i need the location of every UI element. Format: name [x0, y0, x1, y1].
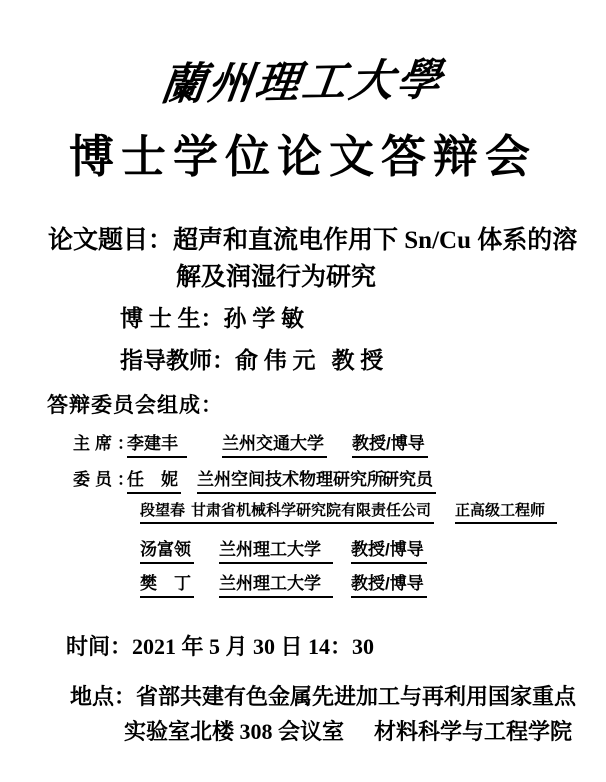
- event-title: 博士学位论文答辩会: [0, 120, 606, 185]
- student-label: 博 士 生：: [120, 306, 224, 331]
- time-value: 2021 年 5 月 30 日 14：30: [132, 634, 374, 659]
- committee-row-member: 汤富领 兰州理工大学 教授/博导: [0, 535, 606, 563]
- place-label: 地点：: [70, 684, 136, 709]
- advisor-line: 指导教师：俞 伟 元教 授: [120, 342, 383, 375]
- committee-row-member: 樊 丁 兰州理工大学 教授/博导: [0, 569, 606, 597]
- committee-member-affiliation: 兰州理工大学: [219, 535, 333, 564]
- committee-member-affiliation: 兰州交通大学: [222, 429, 327, 458]
- committee-row-member: 段望春 甘肃省机械科学研究院有限责任公司 正高级工程师: [0, 499, 606, 527]
- university-logo: 蘭州理工大學: [0, 46, 606, 110]
- defense-announcement-page: 蘭州理工大學 博士学位论文答辩会 论文题目：超声和直流电作用下 Sn/Cu 体系…: [0, 0, 606, 782]
- time-line: 时间：2021 年 5 月 30 日 14：30: [66, 630, 374, 661]
- place-line1: 地点：省部共建有色金属先进加工与再利用国家重点: [70, 680, 576, 711]
- advisor-title: 教 授: [332, 348, 384, 373]
- place-line2: 实验室北楼 308 会议室材料科学与工程学院: [124, 715, 572, 746]
- advisor-label: 指导教师：: [120, 348, 235, 373]
- thesis-title-text: 超声和直流电作用下 Sn/Cu 体系的溶: [173, 227, 577, 254]
- committee-member-affiliation: 甘肃省机械科学研究院有限责任公司: [191, 499, 434, 524]
- committee-member-title: 教授/博导: [351, 535, 427, 564]
- committee-member-title: 教授/博导: [352, 429, 428, 458]
- committee-member-name: 任 妮: [127, 465, 181, 494]
- committee-member-name: 段望春: [140, 499, 192, 524]
- committee-member-name: 樊 丁: [140, 569, 194, 598]
- advisor-name: 俞 伟 元: [235, 348, 316, 373]
- committee-member-title: 教授/博导: [351, 569, 427, 598]
- student-line: 博 士 生：孙 学 敏: [120, 300, 304, 333]
- committee-member-name: 汤富领: [140, 535, 194, 564]
- host-department: 材料科学与工程学院: [374, 719, 572, 744]
- committee-heading: 答辩委员会组成：: [47, 389, 223, 419]
- committee-row-chair: 主席： 李建丰 兰州交通大学 教授/博导: [0, 429, 606, 457]
- committee-member-affiliation: 兰州空间技术物理研究所: [197, 465, 387, 494]
- place-value-line2: 实验室北楼 308 会议室: [124, 719, 344, 744]
- committee-member-title: 正高级工程师: [455, 499, 557, 524]
- student-name: 孙 学 敏: [224, 306, 305, 331]
- committee-member-affiliation: 兰州理工大学: [219, 569, 333, 598]
- university-calligraphy-text: 蘭州理工大學: [158, 44, 449, 113]
- thesis-title-label: 论文题目：: [48, 227, 173, 254]
- thesis-title-line1: 论文题目：超声和直流电作用下 Sn/Cu 体系的溶: [48, 220, 577, 256]
- committee-row-member: 委员： 任 妮 兰州空间技术物理研究所 研究员: [0, 465, 606, 493]
- committee-member-name: 李建丰: [127, 429, 187, 458]
- committee-member-title: 研究员: [382, 465, 436, 494]
- thesis-title-line2: 解及润湿行为研究: [176, 257, 376, 293]
- place-value-line1: 省部共建有色金属先进加工与再利用国家重点: [136, 684, 576, 709]
- time-label: 时间：: [66, 634, 132, 659]
